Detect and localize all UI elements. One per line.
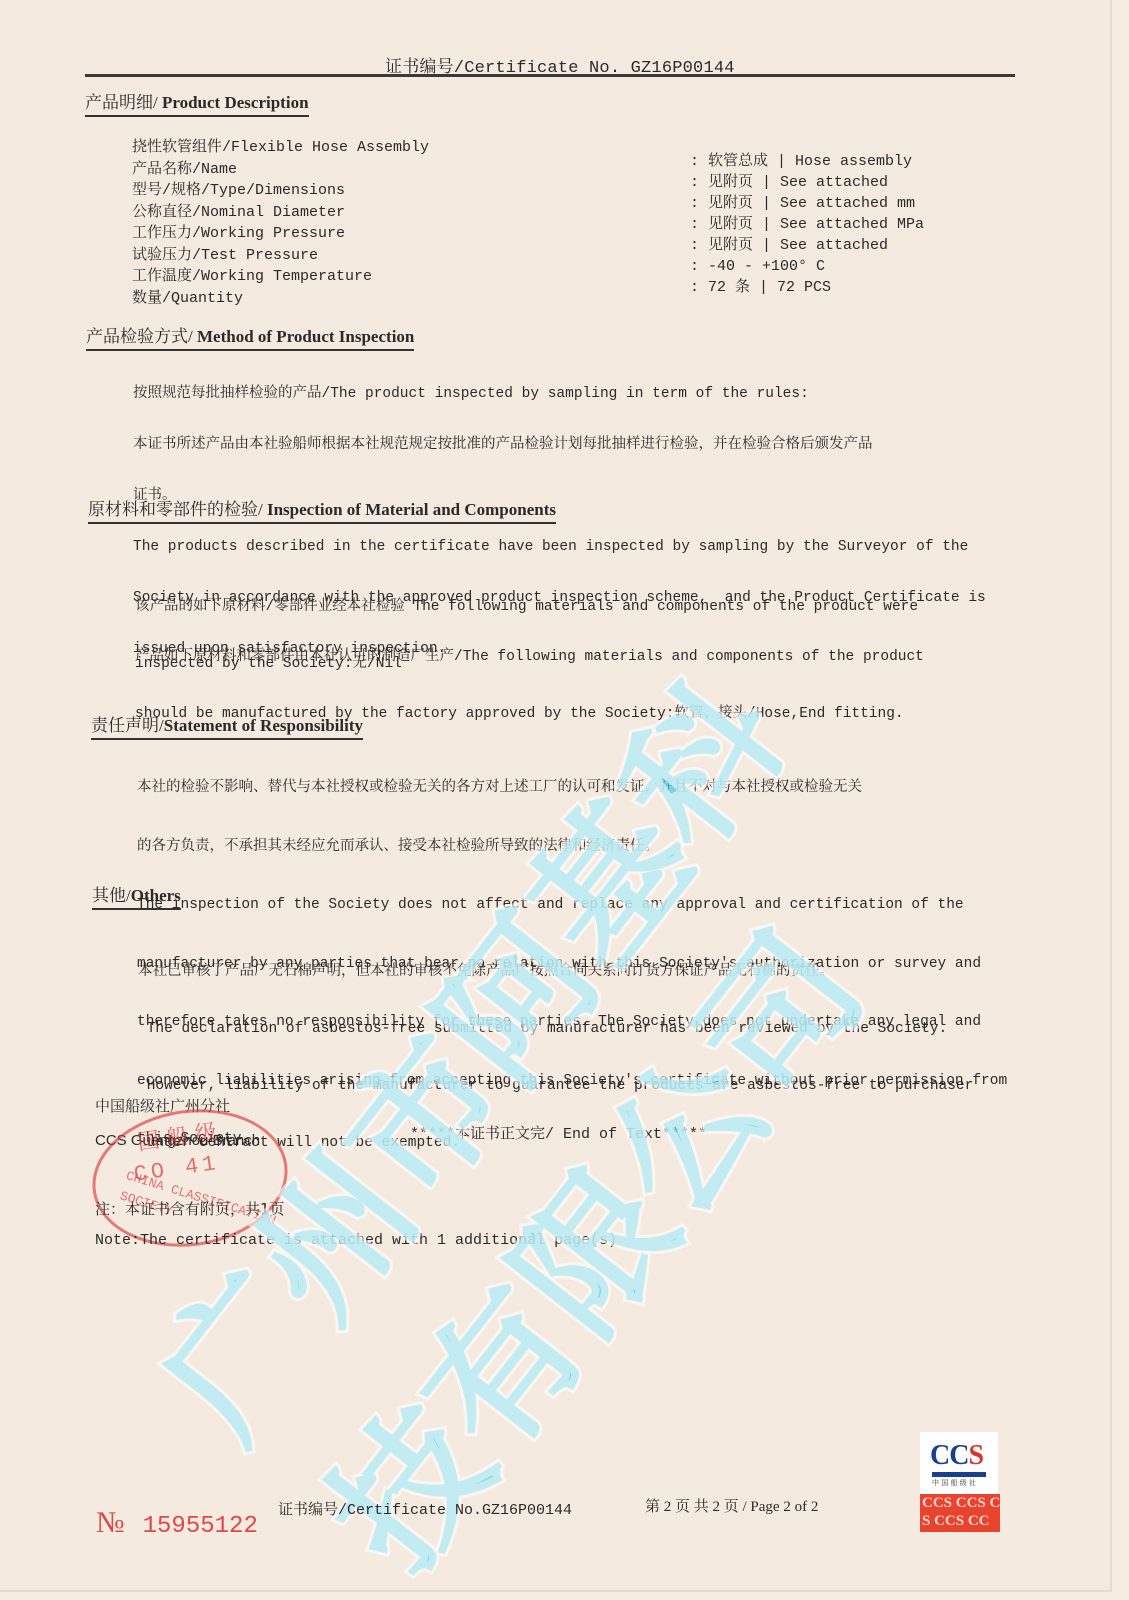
section-title-cn: 其他/ (92, 886, 131, 905)
page-indicator: 第 2 页 共 2 页 / Page 2 of 2 (645, 1495, 818, 1516)
text-line: 本社已审核了产品厂无石棉声明，但本社的审核不免除产品厂按照合同关系向订货方保证产… (138, 963, 973, 982)
field-value-diameter: : 见附页 | See attached mm (690, 193, 924, 214)
text-line: However, liability of the manufacturer t… (138, 1077, 973, 1096)
section-title-cn: 责任声明/ (91, 716, 164, 735)
section-title-cn: 产品明细/ (85, 93, 158, 112)
header-rule (85, 74, 1015, 77)
field-label: 产品名称/Name (132, 159, 429, 181)
ccs-logo: CCS 中 国 船 级 社 CCS CCS C S CCS CC (920, 1432, 998, 1532)
section-title-en: Method of Product Inspection (193, 327, 415, 346)
ccs-logo-letters: CCS (930, 1440, 983, 1472)
section-title-others: 其他/Others (92, 881, 181, 910)
product-field-labels: 挠性软管组件/Flexible Hose Assembly 产品名称/Name … (132, 137, 429, 309)
field-label: 试验压力/Test Pressure (132, 245, 429, 267)
text-line: 本社的检验不影响、替代与本社授权或检验无关的各方对上述工厂的认可和发证，并且不对… (137, 779, 1007, 799)
text-line: 按照规范每批抽样检验的产品/The product inspected by s… (133, 386, 986, 403)
logo-bar (932, 1472, 986, 1477)
field-label: 工作温度/Working Temperature (132, 266, 429, 288)
logo-letters-blue: CC (930, 1440, 968, 1471)
field-label: 挠性软管组件/Flexible Hose Assembly (132, 137, 429, 159)
end-of-text-marker: *****本证书正文完/ End of Text***** (410, 1124, 707, 1145)
section-title-inspection-of-material: 原材料和零部件的检验/ Inspection of Material and C… (88, 495, 556, 524)
section-title-en: Statement of Responsibility (164, 716, 363, 735)
section-title-statement-of-responsibility: 责任声明/Statement of Responsibility (91, 711, 363, 740)
stamp-text: 国 船 级 (135, 1115, 219, 1157)
attachment-note-en: Note:The certificate is attached with 1 … (95, 1230, 617, 1251)
text-line: 本证书所述产品由本社验船师根据本社规范规定按批准的产品检验计划每批抽样进行检验，… (133, 437, 986, 454)
logo-pattern-strip: CCS CCS C S CCS CC (920, 1494, 1000, 1532)
text-line: The declaration of asbestos-free submitt… (138, 1020, 973, 1039)
logo-subtitle: 中 国 船 级 社 (932, 1478, 976, 1488)
logo-letters-red: S (968, 1440, 983, 1471)
section-title-cn: 产品检验方式/ (86, 327, 193, 346)
strip-line: CCS CCS C (922, 1494, 1000, 1512)
field-value-working-pressure: : 见附页 | See attached MPa (690, 214, 924, 235)
field-label: 工作压力/Working Pressure (132, 223, 429, 245)
field-label: 数量/Quantity (132, 288, 429, 310)
field-value-quantity: : 72 条 | 72 PCS (690, 277, 924, 298)
section-title-en: Others (131, 886, 181, 905)
section-title-method-of-inspection: 产品检验方式/ Method of Product Inspection (86, 322, 414, 351)
text-line: 的各方负责，不承担其未经应允而承认、接受本社检验所导致的法律和经济责任。 (137, 838, 1007, 858)
text-line: 产品如下原材料和零部件由本社认可的制造厂生产/The following mat… (135, 648, 924, 667)
field-value-name: : 软管总成 | Hose assembly (690, 151, 924, 172)
serial-symbol: № (96, 1506, 125, 1539)
field-value-temperature: : -40 - +100° C (690, 256, 924, 277)
serial-value: 15955122 (143, 1513, 258, 1540)
footer-certificate-number: 证书编号/Certificate No.GZ16P00144 (278, 1500, 572, 1521)
field-label: 型号/规格/Type/Dimensions (132, 180, 429, 202)
section-title-en: Product Description (158, 93, 309, 112)
section-title-en: Inspection of Material and Components (263, 500, 556, 519)
section-title-product-description: 产品明细/ Product Description (85, 88, 309, 117)
field-value-test-pressure: : 见附页 | See attached (690, 235, 924, 256)
text-line: The inspection of the Society does not a… (137, 896, 1007, 916)
field-label: 公称直径/Nominal Diameter (132, 202, 429, 224)
attachment-note-cn: 注：本证书含有附页，共1页 (95, 1198, 285, 1219)
strip-line: S CCS CC (922, 1512, 1000, 1530)
field-value-type: : 见附页 | See attached (690, 172, 924, 193)
serial-number: №15955122 (96, 1506, 258, 1540)
product-field-values: : 软管总成 | Hose assembly : 见附页 | See attac… (690, 151, 924, 298)
text-line: The products described in the certificat… (133, 539, 986, 556)
section-title-cn: 原材料和零部件的检验/ (88, 500, 263, 519)
